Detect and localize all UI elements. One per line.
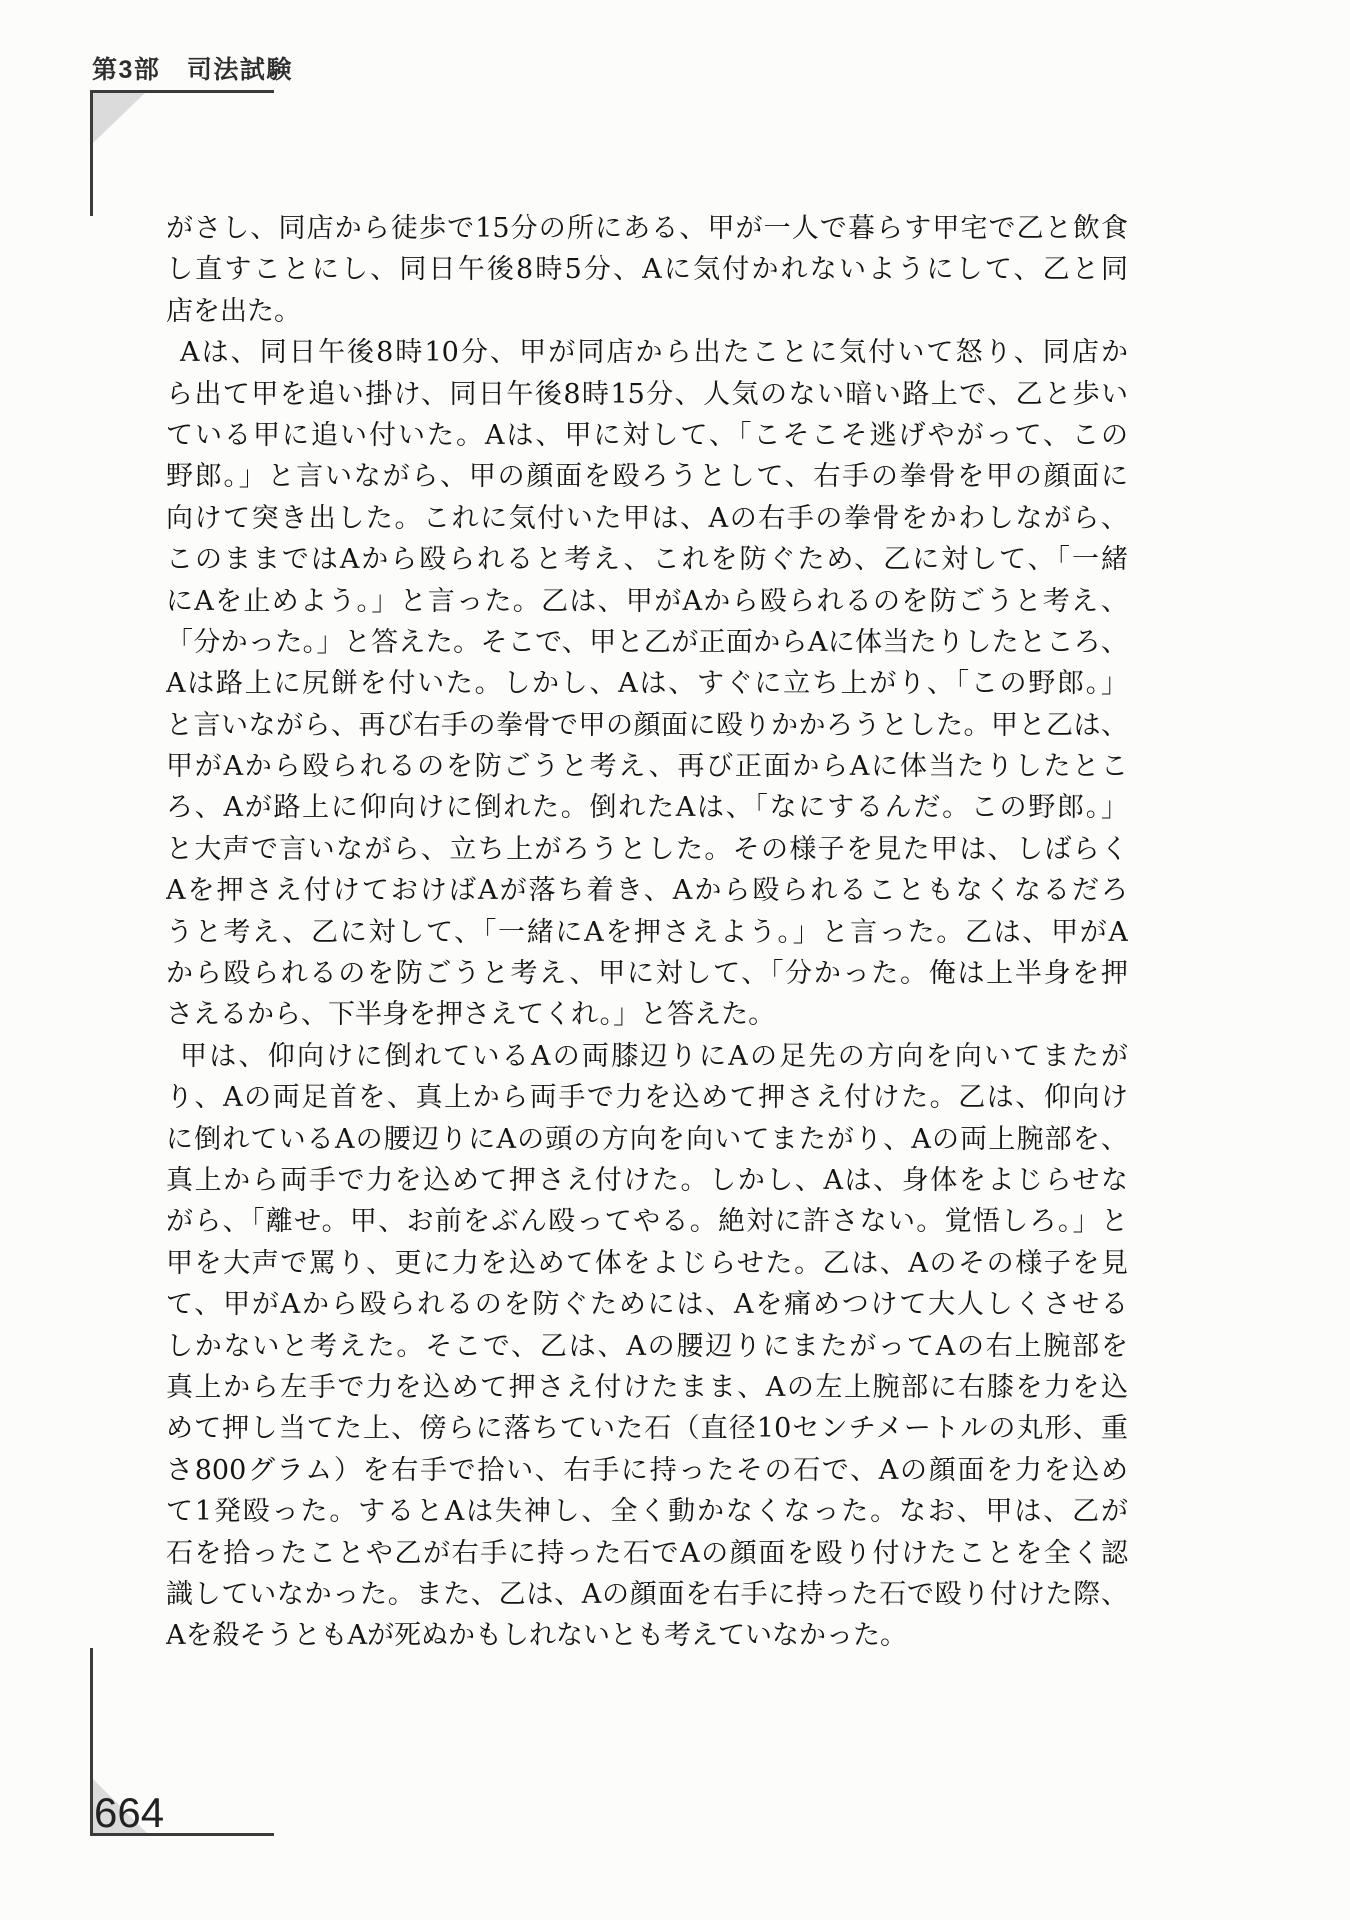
- text-line: ろ、Aが路上に仰向けに倒れた。倒れたAは、「なにするんだ。この野郎。」: [166, 787, 1128, 828]
- text-line: 石を拾ったことや乙が右手に持った石でAの顔面を殴り付けたことを全く認: [166, 1533, 1128, 1574]
- text-line: し直すことにし、同日午後8時5分、Aに気付かれないようにして、乙と同: [166, 249, 1128, 290]
- text-line: さ800グラム）を右手で拾い、右手に持ったその石で、Aの顔面を力を込め: [166, 1450, 1128, 1491]
- section-header: 第3部 司法試験: [92, 55, 293, 85]
- text-line: 真上から左手で力を込めて押さえ付けたまま、Aの左上腕部に右膝を力を込: [166, 1367, 1128, 1408]
- text-line: 甲を大声で罵り、更に力を込めて体をよじらせた。乙は、Aのその様子を見: [166, 1243, 1128, 1284]
- text-line: このままではAから殴られると考え、これを防ぐため、乙に対して、「一緒: [166, 539, 1128, 580]
- body-text: がさし、同店から徒歩で15分の所にある、甲が一人で暮らす甲宅で乙と飲食し直すこと…: [166, 208, 1128, 1657]
- text-line: がさし、同店から徒歩で15分の所にある、甲が一人で暮らす甲宅で乙と飲食: [166, 208, 1128, 249]
- text-line: と大声で言いながら、立ち上がろうとした。その様子を見た甲は、しばらく: [166, 829, 1128, 870]
- text-line: しかないと考えた。そこで、乙は、Aの腰辺りにまたがってAの右上腕部を: [166, 1326, 1128, 1367]
- text-line: 甲がAから殴られるのを防ごうと考え、再び正面からAに体当たりしたとこ: [166, 746, 1128, 787]
- text-line: Aは路上に尻餅を付いた。しかし、Aは、すぐに立ち上がり、「この野郎。」: [166, 663, 1128, 704]
- text-line: 「分かった。」と答えた。そこで、甲と乙が正面からAに体当たりしたところ、: [166, 622, 1128, 663]
- text-line: ら出て甲を追い掛け、同日午後8時15分、人気のない暗い路上で、乙と歩い: [166, 374, 1128, 415]
- text-line: て1発殴った。するとAは失神し、全く動かなくなった。なお、甲は、乙が: [166, 1491, 1128, 1532]
- list-item-number: 7: [166, 332, 168, 373]
- text-line-content: Aは、同日午後8時10分、甲が同店から出たことに気付いて怒り、同店か: [180, 332, 1128, 373]
- text-line: に倒れているAの腰辺りにAの頭の方向を向いてまたがり、Aの両上腕部を、: [166, 1119, 1128, 1160]
- text-line: 向けて突き出した。これに気付いた甲は、Aの右手の拳骨をかわしながら、: [166, 498, 1128, 539]
- text-line: がら、「離せ。甲、お前をぶん殴ってやる。絶対に許さない。覚悟しろ。」と: [166, 1201, 1128, 1242]
- text-line: 甲は、仰向けに倒れているAの両膝辺りにAの足先の方向を向いてまたが: [166, 1036, 1128, 1077]
- text-line: から殴られるのを防ごうと考え、甲に対して、「分かった。俺は上半身を押: [166, 953, 1128, 994]
- text-line: 7Aは、同日午後8時10分、甲が同店から出たことに気付いて怒り、同店か: [166, 332, 1128, 373]
- header-corner-triangle: [93, 93, 145, 143]
- text-line: にAを止めよう。」と言った。乙は、甲がAから殴られるのを防ごうと考え、: [166, 581, 1128, 622]
- text-line: 真上から両手で力を込めて押さえ付けた。しかし、Aは、身体をよじらせな: [166, 1160, 1128, 1201]
- text-line: 野郎。」と言いながら、甲の顔面を殴ろうとして、右手の拳骨を甲の顔面に: [166, 456, 1128, 497]
- text-line: めて押し当てた上、傍らに落ちていた石（直径10センチメートルの丸形、重: [166, 1408, 1128, 1449]
- text-line: うと考え、乙に対して、「一緒にAを押さえよう。」と言った。乙は、甲がA: [166, 912, 1128, 953]
- text-line: Aを押さえ付けておけばAが落ち着き、Aから殴られることもなくなるだろ: [166, 870, 1128, 911]
- text-line: ている甲に追い付いた。Aは、甲に対して、「こそこそ逃げやがって、この: [166, 415, 1128, 456]
- text-line: 店を出た。: [166, 291, 1128, 332]
- text-line: り、Aの両足首を、真上から両手で力を込めて押さえ付けた。乙は、仰向け: [166, 1077, 1128, 1118]
- text-line: Aを殺そうともAが死ぬかもしれないとも考えていなかった。: [166, 1615, 1128, 1656]
- text-line: と言いながら、再び右手の拳骨で甲の顔面に殴りかかろうとした。甲と乙は、: [166, 705, 1128, 746]
- text-line: 識していなかった。また、乙は、Aの顔面を右手に持った石で殴り付けた際、: [166, 1574, 1128, 1615]
- text-line: て、甲がAから殴られるのを防ぐためには、Aを痛めつけて大人しくさせる: [166, 1284, 1128, 1325]
- page-number: 664: [94, 1792, 164, 1834]
- page: 第3部 司法試験 がさし、同店から徒歩で15分の所にある、甲が一人で暮らす甲宅で…: [0, 0, 1350, 1920]
- text-line: さえるから、下半身を押さえてくれ。」と答えた。: [166, 994, 1128, 1035]
